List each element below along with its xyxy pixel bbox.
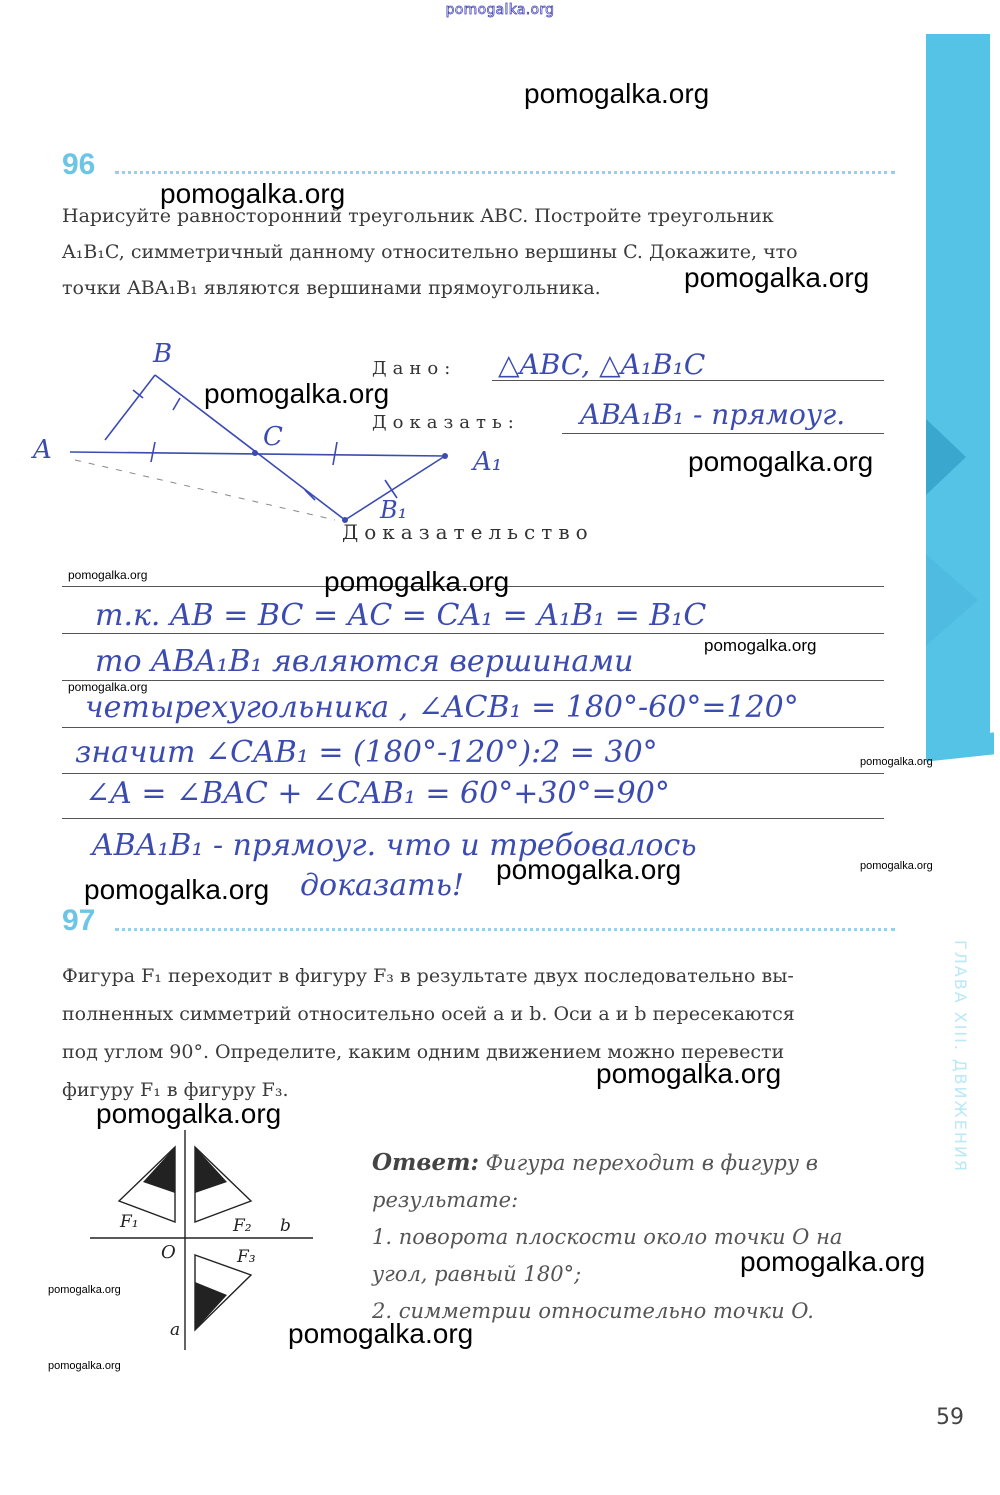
chapter-title: ГЛАВА XIII. ДВИЖЕНИЯ (930, 940, 970, 1200)
proof-line: четырехугольника , ∠ACB₁ = 180°-60°=120° (85, 690, 799, 725)
proof-rule (62, 727, 884, 728)
watermark: pomogalka.org (684, 262, 869, 294)
proof-line: значит ∠CAB₁ = (180°-120°):2 = 30° (75, 735, 658, 770)
watermark: pomogalka.org (48, 1360, 121, 1372)
answer-line: результате: (372, 1182, 842, 1219)
watermark: pomogalka.org (204, 378, 389, 410)
band-triangle-decoration (926, 419, 966, 495)
site-watermark: pomogalka.org (0, 2, 1000, 18)
statement-line: Фигура F₁ переходит в фигуру F₃ в резуль… (62, 957, 897, 995)
watermark: pomogalka.org (524, 78, 709, 110)
band-curl-decoration (926, 732, 994, 761)
task-97-answer: Ответ: Фигура переходит в фигуру в резул… (372, 1144, 842, 1330)
given-value: △ABC, △A₁B₁C (498, 348, 705, 381)
proof-rule (62, 680, 884, 681)
proof-rule (62, 773, 884, 774)
watermark: pomogalka.org (596, 1058, 781, 1090)
watermark: pomogalka.org (96, 1098, 281, 1130)
proof-heading: Доказательство (342, 520, 594, 544)
watermark: pomogalka.org (688, 446, 873, 478)
prove-value: ABA₁B₁ - прямоуг. (580, 398, 845, 431)
proof-line: т.к. AB = BC = AC = CA₁ = A₁B₁ = B₁C (95, 598, 706, 633)
task-97-dotted-rule (115, 928, 895, 931)
point-label-o: O (161, 1242, 176, 1263)
watermark: pomogalka.org (84, 874, 269, 906)
watermark: pomogalka.org (324, 566, 509, 598)
answer-line: Фигура переходит в фигуру в (486, 1151, 818, 1175)
watermark: pomogalka.org (68, 680, 147, 694)
watermark: pomogalka.org (48, 1284, 121, 1296)
watermark: pomogalka.org (860, 756, 933, 768)
prove-label: Доказать: (372, 412, 520, 433)
proof-line: доказать! (300, 868, 464, 903)
watermark: pomogalka.org (160, 178, 345, 210)
point-label-a1: A₁ (471, 447, 502, 477)
figure-label-f1: F₁ (119, 1212, 139, 1232)
given-underline (492, 380, 884, 381)
figure-label-f2: F₂ (232, 1216, 252, 1236)
axis-label-b: b (280, 1216, 291, 1236)
task-96-dotted-rule (115, 171, 895, 174)
answer-label: Ответ: (372, 1149, 479, 1176)
watermark: pomogalka.org (740, 1246, 925, 1278)
watermark: pomogalka.org (68, 568, 147, 582)
proof-line: то ABA₁B₁ являются вершинами (95, 644, 633, 679)
proof-rule (62, 818, 884, 819)
watermark: pomogalka.org (288, 1318, 473, 1350)
given-label: Дано: (372, 358, 456, 379)
page-number: 59 (936, 1405, 964, 1430)
task-97-number: 97 (62, 904, 95, 938)
figure-label-f3: F₃ (236, 1247, 256, 1267)
proof-line: ∠A = ∠BAC + ∠CAB₁ = 60°+30°=90° (85, 776, 670, 811)
point-label-c: C (263, 422, 283, 452)
task-96-number: 96 (62, 148, 95, 182)
point-label-a: A (31, 435, 52, 465)
chapter-side-band (926, 34, 990, 750)
watermark: pomogalka.org (496, 854, 681, 886)
watermark: pomogalka.org (860, 860, 933, 872)
point-label-b: B (152, 339, 172, 369)
statement-line: полненных симметрий относительно осей a … (62, 995, 897, 1033)
band-triangle-decoration (926, 554, 978, 646)
axis-label-a: a (170, 1320, 180, 1340)
prove-underline (562, 433, 884, 434)
proof-rule (62, 633, 884, 634)
watermark: pomogalka.org (704, 636, 816, 656)
